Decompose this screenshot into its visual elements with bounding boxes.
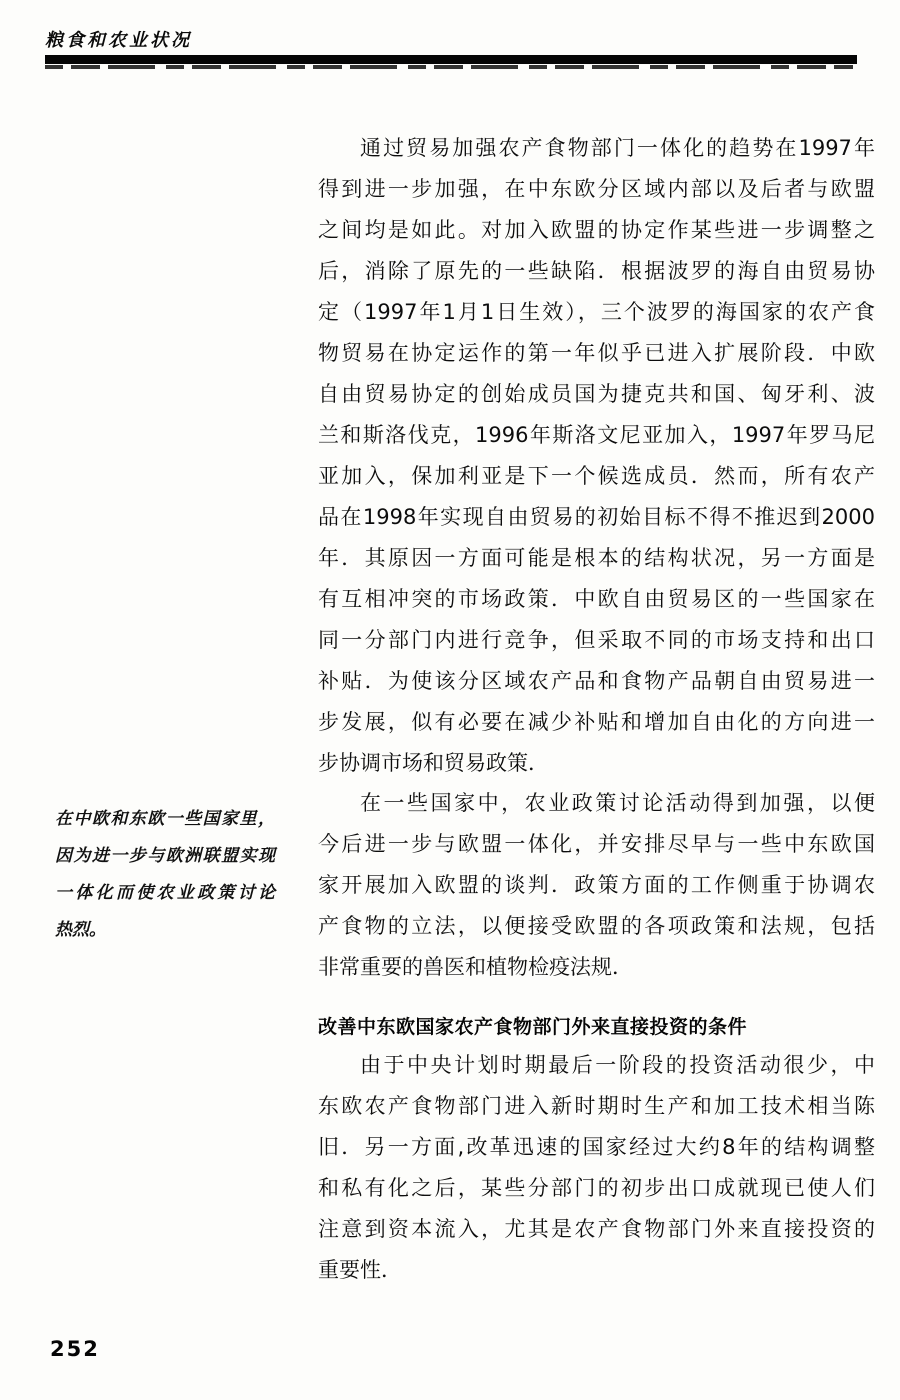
text-line: 和私有化之后，某些分部门的初步出口成就现已使人们 — [318, 1168, 875, 1209]
text-line: 有互相冲突的市场政策．中欧自由贸易区的一些国家在 — [318, 579, 875, 620]
text-line: 兰和斯洛伐克，1996年斯洛文尼亚加入，1997年罗马尼 — [318, 415, 875, 456]
text-line: 后，消除了原先的一些缺陷．根据波罗的海自由贸易协 — [318, 251, 875, 292]
document-page: 粮食和农业状况 在中欧和东欧一些国家里，因为进一步与欧洲联盟实现一体化而使农业政… — [0, 0, 900, 1400]
text-line: 注意到资本流入，尤其是农产食物部门外来直接投资的 — [318, 1209, 875, 1250]
text-line: 品在1998年实现自由贸易的初始目标不得不推迟到2000 — [318, 497, 875, 538]
header-rule-scan-texture — [45, 65, 853, 69]
text-line: 之间均是如此。对加入欧盟的协定作某些进一步调整之 — [318, 210, 875, 251]
running-header-title: 粮食和农业状况 — [45, 26, 192, 52]
text-line: 定（1997年1月1日生效），三个波罗的海国家的农产食 — [318, 292, 875, 333]
text-line: 在一些国家中，农业政策讨论活动得到加强，以便 — [318, 783, 875, 824]
margin-note-line: 热烈。 — [55, 912, 275, 949]
text-line: 自由贸易协定的创始成员国为捷克共和国、匈牙利、波 — [318, 374, 875, 415]
text-line: 步发展，似有必要在减少补贴和增加自由化的方向进一 — [318, 702, 875, 743]
section-heading-fdi-conditions: 改善中东欧国家农产食物部门外来直接投资的条件 — [318, 1012, 875, 1039]
text-line: 重要性． — [318, 1250, 875, 1291]
margin-note-line: 一体化而使农业政策讨论 — [55, 875, 275, 912]
paragraph-investment-background: 由于中央计划时期最后一阶段的投资活动很少，中东欧农产食物部门进入新时期时生产和加… — [318, 1045, 875, 1291]
text-line: 得到进一步加强，在中东欧分区域内部以及后者与欧盟 — [318, 169, 875, 210]
text-line: 年．其原因一方面可能是根本的结构状况，另一方面是 — [318, 538, 875, 579]
text-line: 东欧农产食物部门进入新时期时生产和加工技术相当陈 — [318, 1086, 875, 1127]
text-line: 补贴．为使该分区域农产品和食物产品朝自由贸易进一 — [318, 661, 875, 702]
text-line: 旧．另一方面,改革迅速的国家经过大约8年的结构调整 — [318, 1127, 875, 1168]
paragraph-trade-integration: 通过贸易加强农产食物部门一体化的趋势在1997年得到进一步加强，在中东欧分区域内… — [318, 128, 875, 784]
text-line: 非常重要的兽医和植物检疫法规． — [318, 947, 875, 988]
text-line: 物贸易在协定运作的第一年似乎已进入扩展阶段．中欧 — [318, 333, 875, 374]
text-line: 亚加入，保加利亚是下一个候选成员．然而，所有农产 — [318, 456, 875, 497]
text-line: 产食物的立法，以便接受欧盟的各项政策和法规，包括 — [318, 906, 875, 947]
header-rule — [45, 55, 857, 64]
paragraph-policy-discussion: 在一些国家中，农业政策讨论活动得到加强，以便今后进一步与欧盟一体化，并安排尽早与… — [318, 783, 875, 988]
text-line: 由于中央计划时期最后一阶段的投资活动很少，中 — [318, 1045, 875, 1086]
margin-note-line: 在中欧和东欧一些国家里， — [55, 801, 275, 838]
margin-note: 在中欧和东欧一些国家里，因为进一步与欧洲联盟实现一体化而使农业政策讨论热烈。 — [55, 801, 275, 949]
text-line: 步协调市场和贸易政策． — [318, 743, 875, 784]
page-number: 252 — [50, 1337, 100, 1361]
text-line: 通过贸易加强农产食物部门一体化的趋势在1997年 — [318, 128, 875, 169]
text-line: 今后进一步与欧盟一体化，并安排尽早与一些中东欧国 — [318, 824, 875, 865]
text-line: 家开展加入欧盟的谈判．政策方面的工作侧重于协调农 — [318, 865, 875, 906]
text-line: 同一分部门内进行竞争，但采取不同的市场支持和出口 — [318, 620, 875, 661]
margin-note-line: 因为进一步与欧洲联盟实现 — [55, 838, 275, 875]
